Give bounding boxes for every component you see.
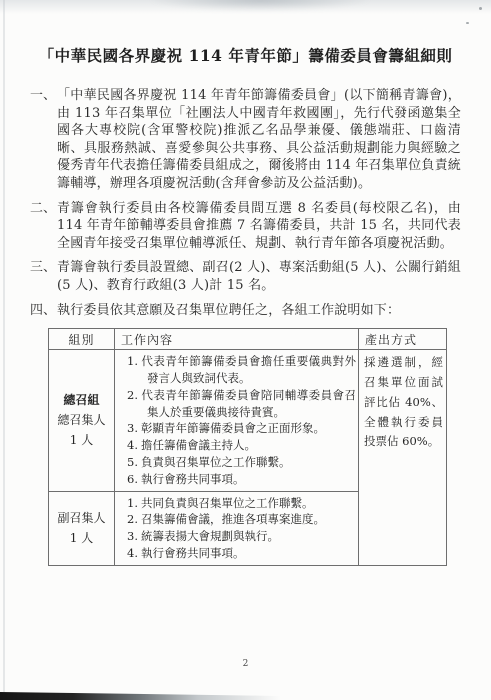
task-item: 4.執行會務共同事項。 — [120, 545, 356, 562]
paragraph-2-marker: 二、 — [30, 200, 56, 218]
task-item: 4.擔任籌備會議主持人。 — [120, 437, 356, 454]
document-body: 「中華民國各界慶祝 114 年青年節」籌備委員會籌組細則 一、 「中華民國各界慶… — [0, 0, 491, 566]
task-number: 2. — [127, 388, 141, 402]
task-text: 彰顯青年節籌備委員會之正面形象。 — [141, 421, 325, 435]
group-role: 副召集人 — [49, 508, 114, 528]
paragraph-4-marker: 四、 — [30, 302, 56, 320]
paragraph-1: 一、 「中華民國各界慶祝 114 年青年節籌備委員會」(以下簡稱青籌會)，由 1… — [30, 87, 461, 193]
paragraph-3-text: 青籌會執行委員設置總、副召(2 人)、專案活動組(5 人)、公關行銷組(5 人)… — [57, 259, 461, 294]
work-description-table: 組別 工作內容 產出方式 總召組 總召集人 1 人 1.代表青年節籌備委員會擔任… — [48, 328, 447, 566]
scan-bottom-edge-shadow — [0, 692, 330, 700]
paragraph-1-text: 「中華民國各界慶祝 114 年青年節籌備委員會」(以下簡稱青籌會)，由 113 … — [57, 87, 461, 193]
task-item: 1.共同負責與召集單位之工作聯繫。 — [120, 495, 356, 512]
group-cell-deputy: 副召集人 1 人 — [49, 491, 115, 565]
group-count: 1 人 — [49, 430, 114, 450]
table-row-chief: 總召組 總召集人 1 人 1.代表青年節籌備委員會擔任重要儀典對外發言人與致詞代… — [49, 350, 447, 491]
task-text: 代表青年節籌備委員會陪同輔導委員會召集人於重要儀典接待貴賓。 — [141, 388, 356, 419]
task-text: 執行會務共同事項。 — [141, 546, 245, 560]
task-number: 1. — [127, 496, 141, 510]
paragraph-4-text: 執行委員依其意願及召集單位聘任之，各組工作說明如下： — [57, 302, 461, 320]
output-method-cell: 採遴選制，經召集單位面試評比佔 40%、全體執行委員投票佔 60%。 — [359, 350, 447, 566]
paragraph-1-marker: 一、 — [30, 87, 56, 105]
paragraph-3-marker: 三、 — [30, 259, 56, 277]
scanned-document-page: { "doc": { "title": "「中華民國各界慶祝 114 年青年節」… — [0, 0, 491, 700]
page-number: 2 — [0, 659, 491, 669]
task-text: 共同負責與召集單位之工作聯繫。 — [141, 496, 314, 510]
task-text: 統籌表揚大會規劃與執行。 — [141, 529, 279, 543]
header-output-method: 產出方式 — [359, 329, 447, 350]
header-work-content: 工作內容 — [115, 329, 359, 350]
task-item: 3.統籌表揚大會規劃與執行。 — [120, 528, 356, 545]
header-group: 組別 — [49, 329, 115, 350]
task-item: 1.代表青年節籌備委員會擔任重要儀典對外發言人與致詞代表。 — [120, 353, 356, 387]
task-number: 3. — [127, 421, 141, 435]
paragraph-3: 三、 青籌會執行委員設置總、副召(2 人)、專案活動組(5 人)、公關行銷組(5… — [30, 259, 461, 294]
task-number: 4. — [127, 438, 141, 452]
task-number: 1. — [127, 354, 141, 368]
paragraph-2-text: 青籌會執行委員由各校籌備委員間互選 8 名委員(每校限乙名)，由 114 年青年… — [57, 200, 461, 253]
tasks-cell-chief: 1.代表青年節籌備委員會擔任重要儀典對外發言人與致詞代表。 2.代表青年節籌備委… — [115, 350, 359, 491]
task-text: 擔任籌備會議主持人。 — [141, 438, 256, 452]
task-number: 2. — [127, 512, 141, 526]
task-number: 3. — [127, 529, 141, 543]
group-role: 總召集人 — [49, 410, 114, 430]
task-item: 2.召集籌備會議，推進各項專案進度。 — [120, 511, 356, 528]
group-count: 1 人 — [49, 528, 114, 548]
task-text: 負責與召集單位之工作聯繫。 — [141, 455, 291, 469]
group-name: 總召組 — [49, 390, 114, 410]
task-number: 5. — [127, 455, 141, 469]
paragraph-2: 二、 青籌會執行委員由各校籌備委員間互選 8 名委員(每校限乙名)，由 114 … — [30, 200, 461, 253]
task-item: 5.負責與召集單位之工作聯繫。 — [120, 454, 356, 471]
document-title: 「中華民國各界慶祝 114 年青年節」籌備委員會籌組細則 — [30, 44, 461, 66]
task-text: 召集籌備會議，推進各項專案進度。 — [141, 512, 325, 526]
tasks-cell-deputy: 1.共同負責與召集單位之工作聯繫。 2.召集籌備會議，推進各項專案進度。 3.統… — [115, 491, 359, 565]
task-item: 2.代表青年節籌備委員會陪同輔導委員會召集人於重要儀典接待貴賓。 — [120, 387, 356, 421]
task-item: 6.執行會務共同事項。 — [120, 471, 356, 488]
task-item: 3.彰顯青年節籌備委員會之正面形象。 — [120, 420, 356, 437]
paragraph-4: 四、 執行委員依其意願及召集單位聘任之，各組工作說明如下： — [30, 302, 461, 320]
task-text: 執行會務共同事項。 — [141, 472, 245, 486]
table-header-row: 組別 工作內容 產出方式 — [49, 329, 447, 350]
group-cell-chief: 總召組 總召集人 1 人 — [49, 350, 115, 491]
task-text: 代表青年節籌備委員會擔任重要儀典對外發言人與致詞代表。 — [141, 354, 356, 385]
task-number: 4. — [127, 546, 141, 560]
task-number: 6. — [127, 472, 141, 486]
